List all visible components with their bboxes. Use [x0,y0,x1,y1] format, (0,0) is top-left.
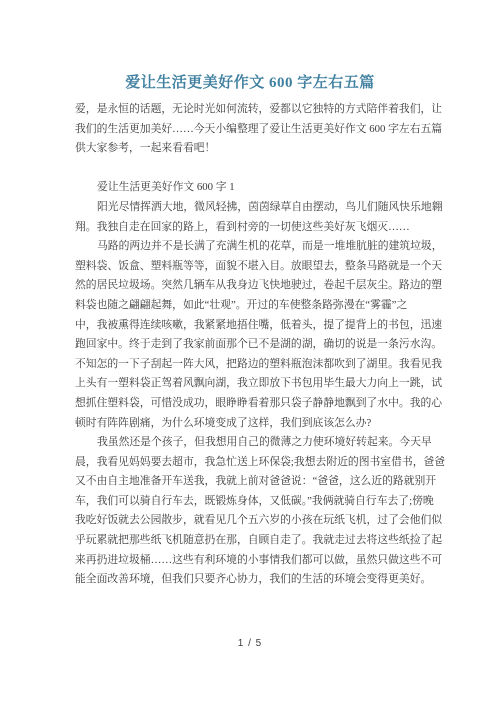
text-line: 阳光尽情挥洒大地，微风轻拂，茵茵绿草自由摆动，鸟儿们随风快乐地翱 [75,198,459,218]
text-line [75,159,459,179]
text-line: 中，我被熏得连续咳嗽，我紧紧地捂住嘴，低着头，提了提背上的书包，迅速 [75,316,459,336]
page-number-indicator: 1 / 5 [0,638,500,649]
document-page: 爱让生活更美好作文 600 字左右五篇 爱，是永恒的话题，无论时光如何流转，爱都… [0,0,500,707]
text-line: 又不由自主地准备开车送我，我就上前对爸爸说：“爸爸，这么近的路就别开 [75,472,459,492]
text-line: 供大家参考，一起来看看吧！ [75,139,459,159]
text-line: 塑料袋、饭盒、塑料瓶等等，面貌不堪入目。放眼望去，整条马路就是一个天 [75,257,459,277]
text-line: 来再扔进垃圾桶……这些有利环境的小事情我们都可以做，虽然只做这些不可 [75,551,459,571]
text-line: 不知怎的一下子刮起一阵大风，把路边的塑料瓶泡沫都吹到了湖里。我看见我 [75,355,459,375]
text-line: 爱，是永恒的话题，无论时光如何流转，爱都以它独特的方式陪伴着我们，让 [75,100,459,120]
text-line: 翔。我独自走在回家的路上，看到村旁的一切使这些美好灰飞烟灭…… [75,218,459,238]
text-line: 能全面改善环境，但我们只要齐心协力，我们的生活的环境会变得更美好。 [75,570,459,590]
text-line: 然的居民垃圾场。突然几辆车从我身边飞快地驶过，卷起千层灰尘。路边的塑 [75,276,459,296]
text-line: 马路的两边并不是长满了充满生机的花草，而是一堆堆肮脏的建筑垃圾， [75,237,459,257]
text-line: 爱让生活更美好作文 600 字 1 [75,178,459,198]
text-line: 我虽然还是个孩子，但我想用自己的微薄之力使环境好转起来。今天早 [75,433,459,453]
text-line: 晨，我看见妈妈要去超市，我急忙送上环保袋;我想去附近的图书室借书，爸爸 [75,453,459,473]
text-line: 顿时有阵阵剧痛，为什么环境变成了这样，我们到底该怎么办? [75,414,459,434]
document-title: 爱让生活更美好作文 600 字左右五篇 [0,71,500,92]
text-line: 乎玩累就把那些纸飞机随意扔在那，自顾自走了。我就走过去将这些纸捡了起 [75,531,459,551]
text-line: 上头有一塑料袋正驾着风飘向湖，我立即放下书包用毕生最大力向上一跳，试 [75,374,459,394]
text-line: 想抓住塑料袋，可惜没成功，眼睁睁看着那只袋子静静地飘到了水中。我的心 [75,394,459,414]
text-line: 我吃好饭就去公园散步，就看见几个五六岁的小孩在玩纸飞机，过了会他们似 [75,511,459,531]
document-body: 爱，是永恒的话题，无论时光如何流转，爱都以它独特的方式陪伴着我们，让我们的生活更… [75,100,459,590]
text-line: 料袋也随之翩翩起舞，如此“壮观”。开过的车使整条路弥漫在“雾霾”之 [75,296,459,316]
text-line: 我们的生活更加美好……今天小编整理了爱让生活更美好作文 600 字左右五篇 [75,120,459,140]
text-line: 跑回家中。终于走到了我家前面那个已不是湖的湖，确切的说是一条污水沟。 [75,335,459,355]
text-line: 车，我们可以骑自行车去，既锻炼身体，又低碳。”我俩就骑自行车去了;傍晚 [75,492,459,512]
